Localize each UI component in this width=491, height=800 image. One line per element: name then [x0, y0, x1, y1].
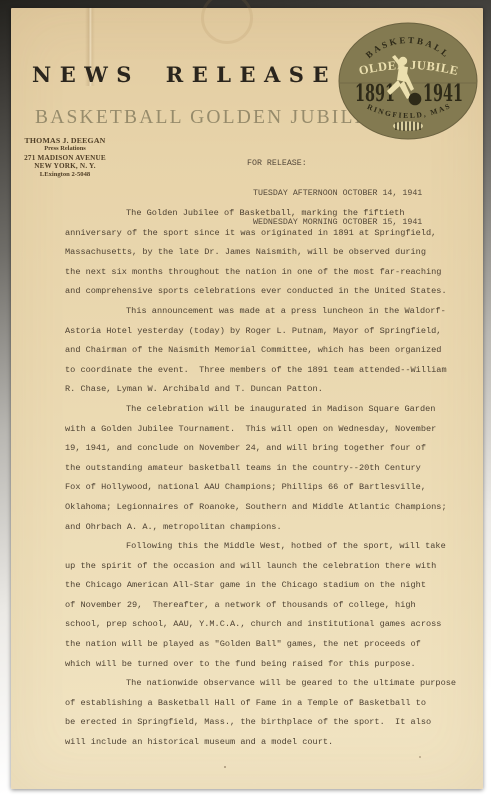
body-paragraph-3: The celebration will be inaugurated in M…: [65, 400, 463, 537]
press-contact-block: THOMAS J. DEEGAN Press Relations 271 MAD…: [17, 136, 113, 179]
water-stain-ring: [201, 0, 253, 44]
release-date-1: TUESDAY AFTERNOON OCTOBER 14, 1941: [247, 189, 422, 199]
basketball-icon: [409, 93, 422, 106]
paper-speck: [224, 766, 226, 768]
paper-speck: [419, 756, 421, 758]
masthead-title: NEWS RELEASE: [32, 62, 337, 87]
body-paragraph-1: The Golden Jubilee of Basketball, markin…: [65, 204, 463, 302]
logo-year-right: 1941: [423, 80, 463, 107]
contact-address-line2: NEW YORK, N. Y.: [17, 162, 113, 171]
news-release-page: NEWS RELEASE BASKETBALL GOLDEN JUBILEE B…: [11, 8, 483, 789]
contact-name: THOMAS J. DEEGAN: [17, 136, 113, 145]
photo-backdrop: NEWS RELEASE BASKETBALL GOLDEN JUBILEE B…: [0, 0, 491, 800]
for-release-label: FOR RELEASE:: [247, 159, 422, 169]
contact-role: Press Relations: [17, 145, 113, 154]
body-paragraph-2: This announcement was made at a press lu…: [65, 302, 463, 400]
body-paragraph-4: Following this the Middle West, hotbed o…: [65, 537, 463, 674]
body-paragraph-5: The nationwide observance will be geared…: [65, 674, 463, 752]
contact-address-line1: 271 MADISON AVENUE: [17, 154, 113, 163]
release-body: The Golden Jubilee of Basketball, markin…: [65, 204, 463, 753]
golden-jubilee-seal-logo: BASKETBALL GOLDEN JUBILEE 1891 1941 SPRI…: [338, 21, 480, 143]
organization-title: BASKETBALL GOLDEN JUBILEE: [35, 107, 383, 129]
contact-phone: LExington 2-5048: [17, 171, 113, 180]
